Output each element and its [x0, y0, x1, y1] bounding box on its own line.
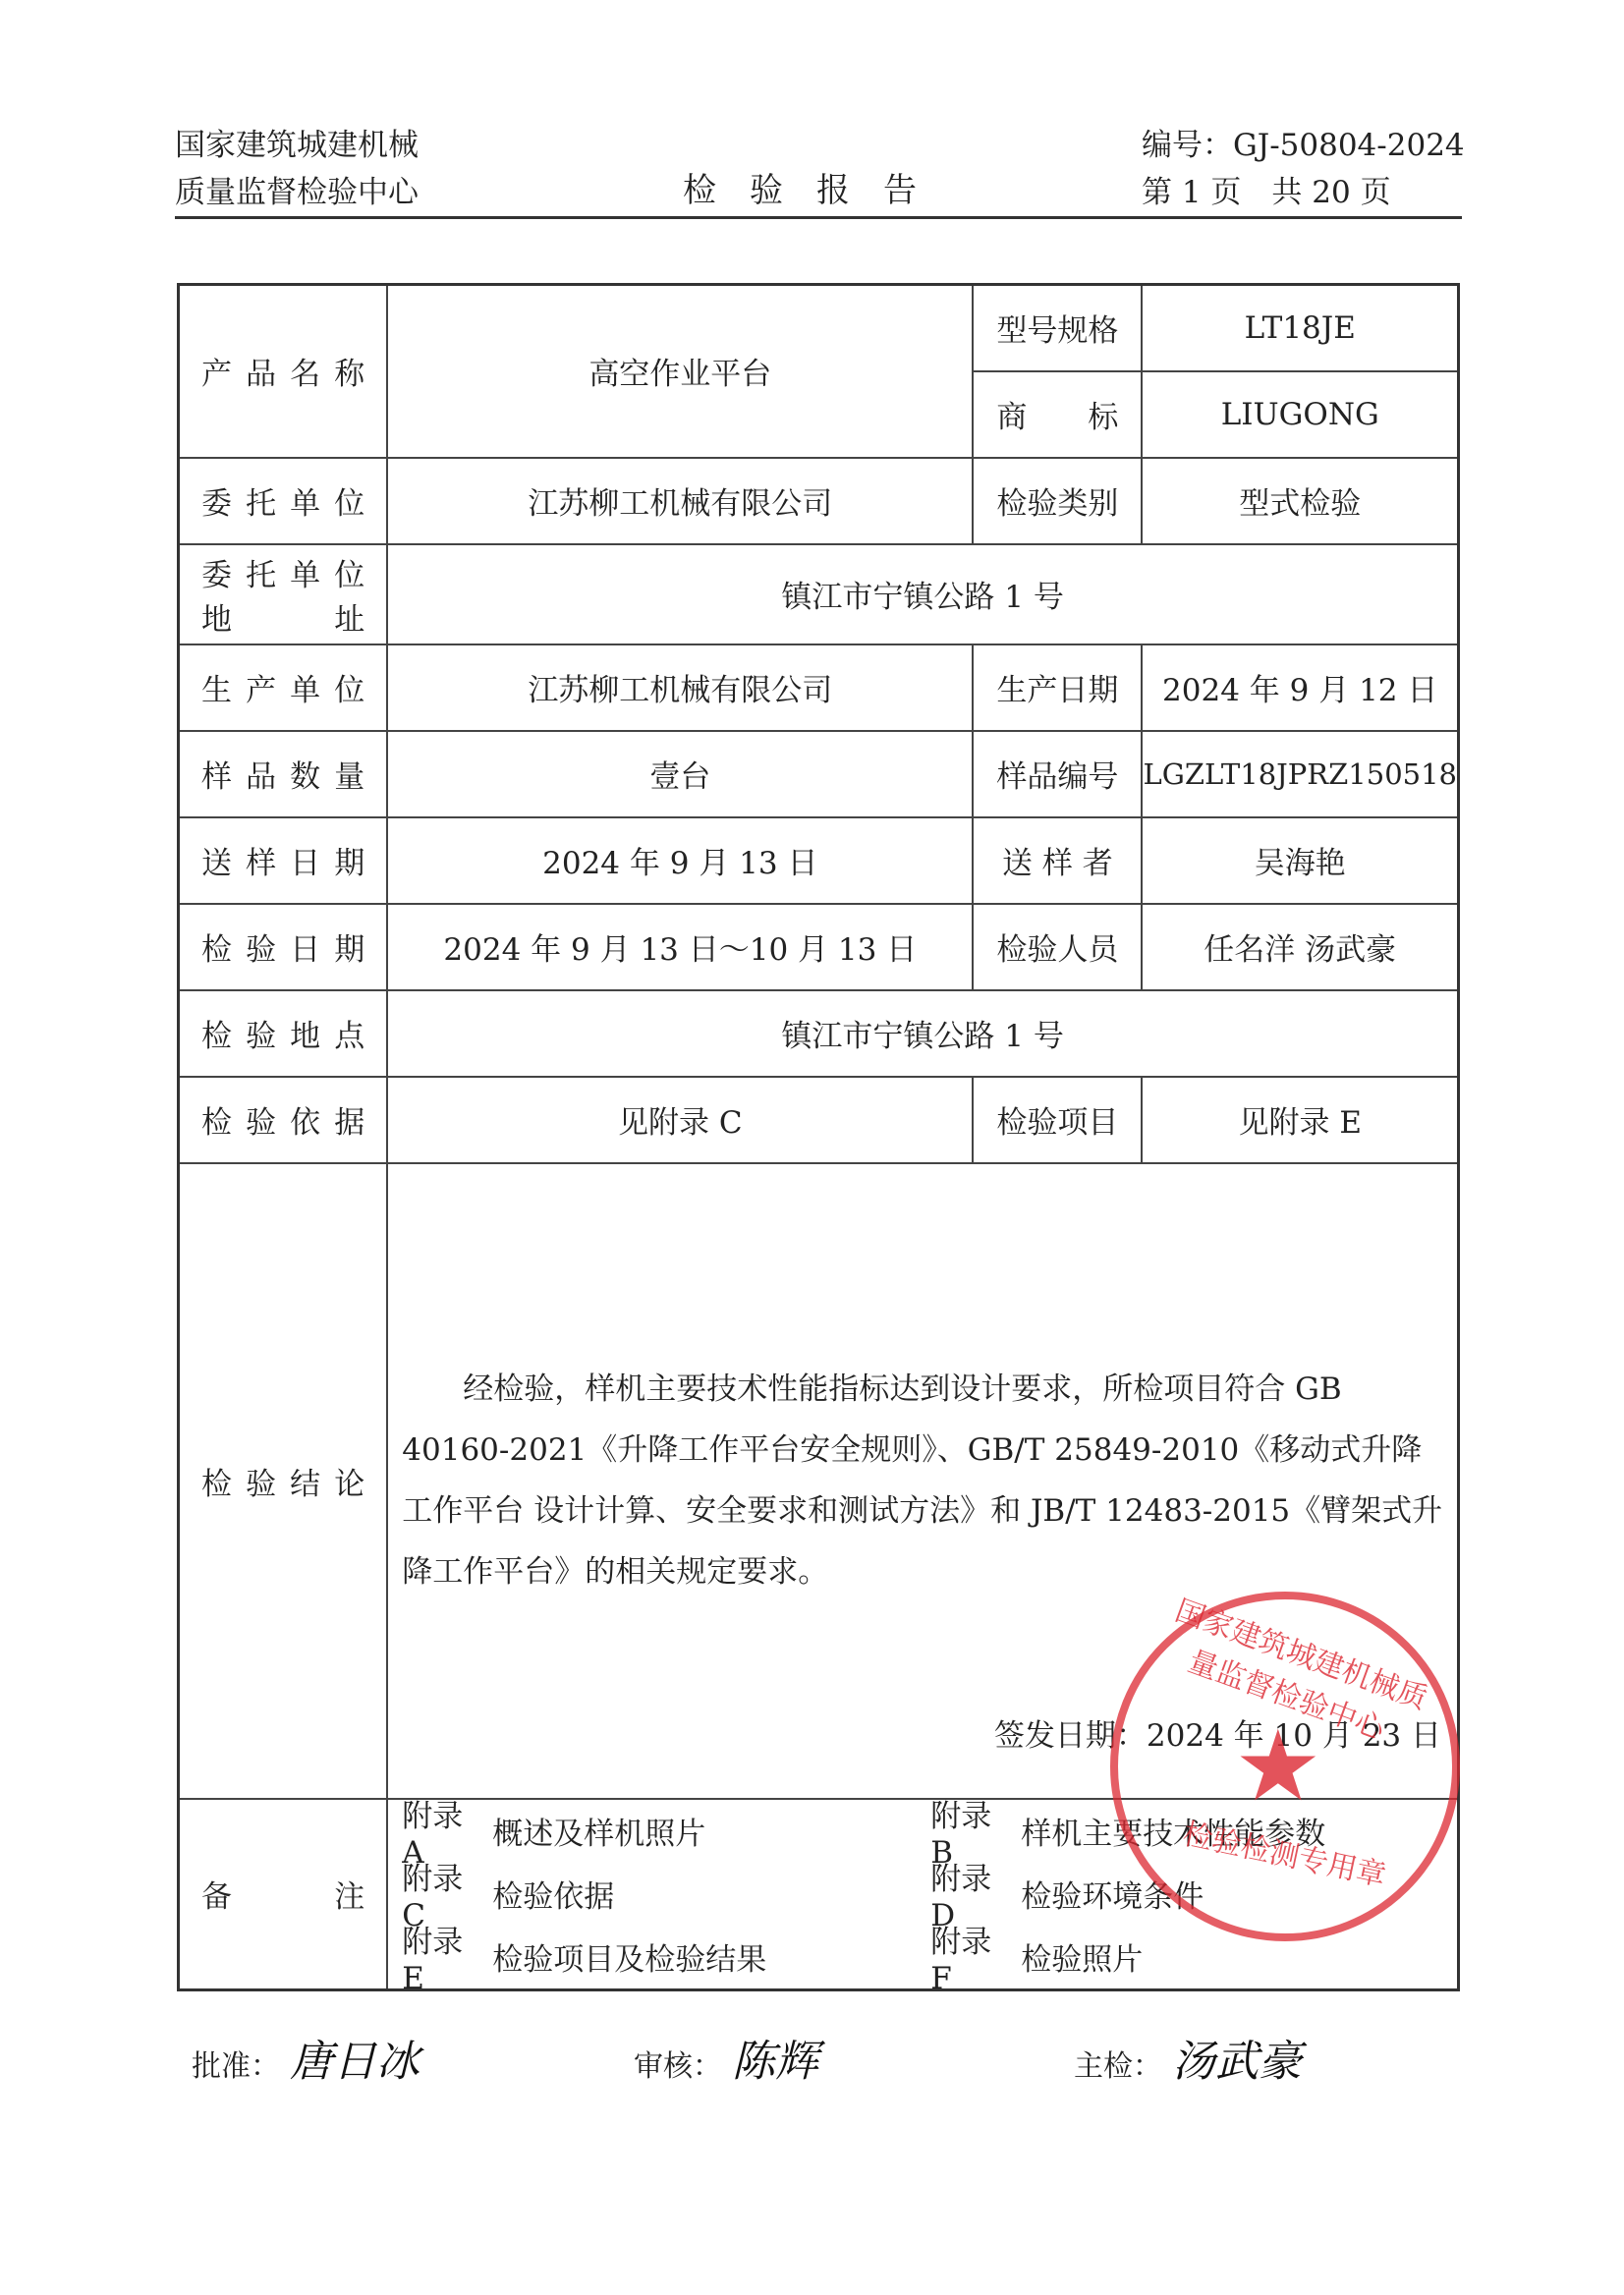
issue-date: 签发日期：2024 年 10 月 23 日: [994, 1706, 1441, 1766]
appendix-key: 附录 E: [402, 1917, 492, 1996]
conclusion-label: 检验结论: [179, 1163, 388, 1799]
chief-label: 主检：: [1074, 2049, 1162, 2084]
appendix-key: 附录 F: [930, 1917, 1021, 1996]
type-label: 检验类别: [973, 458, 1142, 544]
product-name-label: 产品名称: [179, 285, 388, 458]
page-info: 第 1 页 共 20 页: [1142, 171, 1391, 214]
review-signature: 陈辉: [732, 2037, 818, 2087]
inspection-date-label: 检验日期: [179, 904, 388, 990]
report-number: 编号：GJ-50804-2024: [1142, 124, 1465, 167]
quantity: 壹台: [387, 731, 973, 817]
appendix-value: 检验环境条件: [1021, 1872, 1204, 1916]
items: 见附录 E: [1142, 1077, 1458, 1163]
approve-signature: 唐日冰: [290, 2037, 420, 2087]
review-label: 审核：: [634, 2049, 722, 2084]
basis-label: 检验依据: [179, 1077, 388, 1163]
appendix-value: 概述及样机照片: [492, 1809, 930, 1853]
basis: 见附录 C: [387, 1077, 973, 1163]
inspectors-label: 检验人员: [973, 904, 1142, 990]
conclusion-cell: 经检验，样机主要技术性能指标达到设计要求，所检项目符合 GB 40160-202…: [387, 1163, 1458, 1799]
quantity-label: 样品数量: [179, 731, 388, 817]
org-name-line2: 质量监督检验中心: [175, 171, 419, 214]
inspectors: 任名洋 汤武豪: [1142, 904, 1458, 990]
approver: 批准：唐日冰: [192, 2026, 420, 2089]
header-rule: [175, 216, 1462, 219]
org-name-line1: 国家建筑城建机械: [175, 124, 419, 167]
client-address-label: 委托单位 地 址: [179, 544, 388, 644]
type: 型式检验: [1142, 458, 1458, 544]
inspection-place-label: 检验地点: [179, 990, 388, 1077]
inspection-place: 镇江市宁镇公路 1 号: [387, 990, 1458, 1077]
reviewer: 审核：陈辉: [634, 2026, 818, 2089]
manufacturer-label: 生产单位: [179, 644, 388, 731]
appendix-value: 检验照片: [1021, 1934, 1143, 1979]
chief-signature: 汤武豪: [1172, 2037, 1302, 2087]
client: 江苏柳工机械有限公司: [387, 458, 973, 544]
appendix-value: 样机主要技术性能参数: [1021, 1809, 1325, 1853]
model: LT18JE: [1142, 285, 1458, 371]
remarks-row: 附录 A 概述及样机照片 附录 B 样机主要技术性能参数: [402, 1800, 1457, 1863]
client-label: 委托单位: [179, 458, 388, 544]
inspection-date: 2024 年 9 月 13 日～10 月 13 日: [387, 904, 973, 990]
remarks-row: 附录 E 检验项目及检验结果 附录 F 检验照片: [402, 1926, 1457, 1988]
watermark: [28, 209, 159, 341]
page-title: 检 验 报 告: [683, 169, 917, 212]
chief-inspector: 主检：汤武豪: [1074, 2026, 1302, 2089]
sender-label: 送 样 者: [973, 817, 1142, 904]
client-address-label-1: 委托单位: [201, 550, 364, 594]
appendix-value: 检验项目及检验结果: [492, 1934, 930, 1979]
production-date-label: 生产日期: [973, 644, 1142, 731]
conclusion-text: 经检验，样机主要技术性能指标达到设计要求，所检项目符合 GB 40160-202…: [402, 1359, 1445, 1602]
report-table: 产品名称 高空作业平台 型号规格 LT18JE 商 标 LIUGONG 委托单位…: [177, 283, 1460, 1991]
production-date: 2024 年 9 月 12 日: [1142, 644, 1458, 731]
sample-number: LGZLT18JPRZ150518: [1142, 731, 1458, 817]
appendix-value: 检验依据: [492, 1872, 930, 1916]
client-address-label-2: 地 址: [201, 594, 364, 639]
model-label: 型号规格: [973, 285, 1142, 371]
approve-label: 批准：: [192, 2049, 280, 2084]
send-date: 2024 年 9 月 13 日: [387, 817, 973, 904]
brand-label: 商 标: [973, 371, 1142, 458]
manufacturer: 江苏柳工机械有限公司: [387, 644, 973, 731]
remarks-row: 附录 C 检验依据 附录 D 检验环境条件: [402, 1863, 1457, 1926]
remarks-label: 备 注: [179, 1799, 388, 1990]
product-name: 高空作业平台: [387, 285, 973, 458]
remarks-cell: 附录 A 概述及样机照片 附录 B 样机主要技术性能参数 附录 C 检验依据 附…: [387, 1799, 1458, 1990]
sample-number-label: 样品编号: [973, 731, 1142, 817]
sender: 吴海艳: [1142, 817, 1458, 904]
send-date-label: 送样日期: [179, 817, 388, 904]
client-address: 镇江市宁镇公路 1 号: [387, 544, 1458, 644]
brand: LIUGONG: [1142, 371, 1458, 458]
items-label: 检验项目: [973, 1077, 1142, 1163]
